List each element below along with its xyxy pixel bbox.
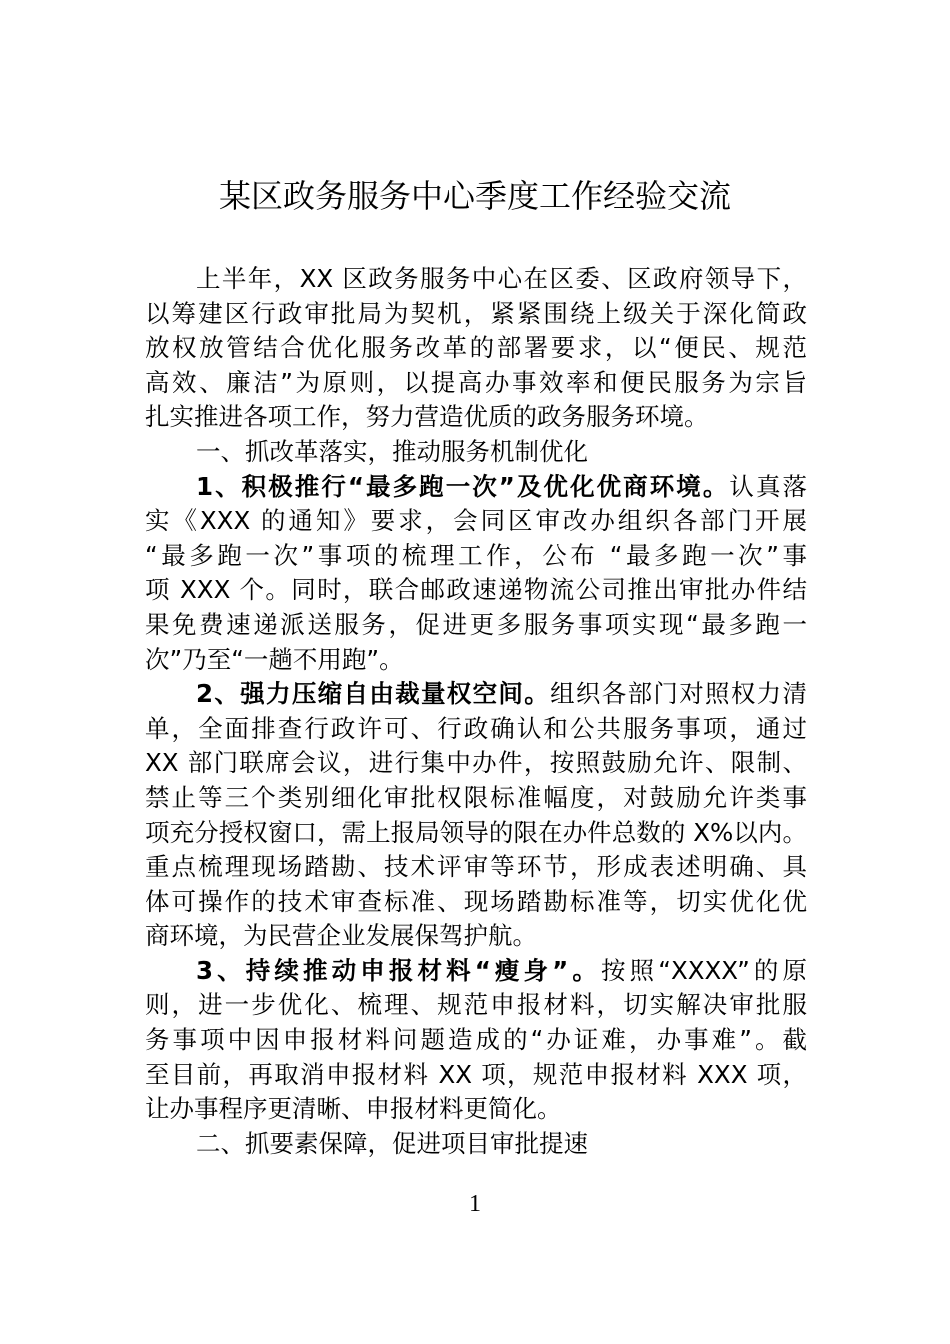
line-text: 禁止等三个类别细化审批权限标准幅度，对鼓励允许类事 xyxy=(145,783,807,812)
line-text: 次”乃至“一趟不用跑”。 xyxy=(145,645,404,674)
paragraph-line: 扎实推进各项工作，努力营造优质的政务服务环境。 xyxy=(145,400,807,435)
subsection-line: 3、持续推动申报材料“瘦身”。按照“XXXX”的原 xyxy=(145,954,807,989)
line-text: XX 部门联席会议，进行集中办件，按照鼓励允许、限制、 xyxy=(145,748,807,777)
paragraph-line: 项充分授权窗口，需上报局领导的限在办件总数的 X%以内。 xyxy=(145,816,807,851)
line-text: 体可操作的技术审查标准、现场踏勘标准等，切实优化优 xyxy=(145,887,807,916)
line-text: 项 XXX 个。同时，联合邮政速递物流公司推出审批办件结 xyxy=(145,575,807,604)
line-text: 则，进一步优化、梳理、规范申报材料，切实解决审批服 xyxy=(145,990,807,1019)
subsection-line: 1、积极推行“最多跑一次”及优化优商环境。认真落 xyxy=(145,470,807,505)
paragraph-line: 放权放管结合优化服务改革的部署要求，以“便民、规范 xyxy=(145,331,807,366)
line-text: 单，全面排查行政许可、行政确认和公共服务事项，通过 xyxy=(145,714,807,743)
line-text: 放权放管结合优化服务改革的部署要求，以“便民、规范 xyxy=(145,333,807,362)
section-heading-text: 二、抓要素保障，促进项目审批提速 xyxy=(196,1129,588,1158)
line-text: 实《XXX 的通知》要求，会同区审改办组织各部门开展 xyxy=(145,506,807,535)
section-heading-1: 一、抓改革落实，推动服务机制优化 xyxy=(145,435,807,470)
document-page: 某区政务服务中心季度工作经验交流 上半年，XX 区政务服务中心在区委、区政府领导… xyxy=(0,0,950,1344)
paragraph-line: “最多跑一次”事项的梳理工作，公布 “最多跑一次”事 xyxy=(145,539,807,574)
page-number: 1 xyxy=(0,1189,950,1219)
document-title: 某区政务服务中心季度工作经验交流 xyxy=(0,174,950,218)
line-text: 以筹建区行政审批局为契机，紧紧围绕上级关于深化简政 xyxy=(145,299,807,328)
line-text: 按照“XXXX”的原 xyxy=(601,956,807,985)
paragraph-line: 务事项中因申报材料问题造成的“办证难，办事难”。截 xyxy=(145,1023,807,1058)
line-text: 商环境，为民营企业发展保驾护航。 xyxy=(145,921,537,950)
line-text: 果免费速递派送服务，促进更多服务事项实现“最多跑一 xyxy=(145,610,807,639)
subsection-heading-1: 1、积极推行“最多跑一次”及优化优商环境。 xyxy=(196,472,729,501)
line-text: 项充分授权窗口，需上报局领导的限在办件总数的 X%以内。 xyxy=(145,818,807,847)
line-text: 扎实推进各项工作，努力营造优质的政务服务环境。 xyxy=(145,402,709,431)
subsection-line: 2、强力压缩自由裁量权空间。组织各部门对照权力清 xyxy=(145,677,807,712)
line-text: 让办事程序更清晰、申报材料更简化。 xyxy=(145,1094,562,1123)
paragraph-line: 以筹建区行政审批局为契机，紧紧围绕上级关于深化简政 xyxy=(145,297,807,332)
subsection-heading-3: 3、持续推动申报材料“瘦身”。 xyxy=(196,956,601,985)
section-heading-text: 一、抓改革落实，推动服务机制优化 xyxy=(196,437,588,466)
line-text: 高效、廉洁”为原则，以提高办事效率和便民服务为宗旨 xyxy=(145,368,807,397)
paragraph-line: 果免费速递派送服务，促进更多服务事项实现“最多跑一 xyxy=(145,608,807,643)
paragraph-line: 高效、廉洁”为原则，以提高办事效率和便民服务为宗旨 xyxy=(145,366,807,401)
line-text: 重点梳理现场踏勘、技术评审等环节，形成表述明确、具 xyxy=(145,852,807,881)
paragraph-line: 禁止等三个类别细化审批权限标准幅度，对鼓励允许类事 xyxy=(145,781,807,816)
line-text: 至目前，再取消申报材料 XX 项，规范申报材料 XXX 项， xyxy=(145,1060,807,1089)
paragraph-line: 至目前，再取消申报材料 XX 项，规范申报材料 XXX 项， xyxy=(145,1058,807,1093)
paragraph-line: 上半年，XX 区政务服务中心在区委、区政府领导下， xyxy=(145,262,807,297)
subsection-heading-2: 2、强力压缩自由裁量权空间。 xyxy=(196,679,550,708)
line-text: “最多跑一次”事项的梳理工作，公布 “最多跑一次”事 xyxy=(145,541,807,570)
paragraph-line: 让办事程序更清晰、申报材料更简化。 xyxy=(145,1092,807,1127)
paragraph-line: 则，进一步优化、梳理、规范申报材料，切实解决审批服 xyxy=(145,988,807,1023)
section-heading-2: 二、抓要素保障，促进项目审批提速 xyxy=(145,1127,807,1162)
paragraph-line: 单，全面排查行政许可、行政确认和公共服务事项，通过 xyxy=(145,712,807,747)
paragraph-line: XX 部门联席会议，进行集中办件，按照鼓励允许、限制、 xyxy=(145,746,807,781)
document-body: 上半年，XX 区政务服务中心在区委、区政府领导下， 以筹建区行政审批局为契机，紧… xyxy=(145,262,807,1161)
paragraph-line: 重点梳理现场踏勘、技术评审等环节，形成表述明确、具 xyxy=(145,850,807,885)
paragraph-line: 实《XXX 的通知》要求，会同区审改办组织各部门开展 xyxy=(145,504,807,539)
line-text: 务事项中因申报材料问题造成的“办证难，办事难”。截 xyxy=(145,1025,807,1054)
paragraph-line: 次”乃至“一趟不用跑”。 xyxy=(145,643,807,678)
paragraph-line: 商环境，为民营企业发展保驾护航。 xyxy=(145,919,807,954)
line-text: 组织各部门对照权力清 xyxy=(550,679,807,708)
paragraph-line: 项 XXX 个。同时，联合邮政速递物流公司推出审批办件结 xyxy=(145,573,807,608)
line-text: 上半年，XX 区政务服务中心在区委、区政府领导下， xyxy=(196,264,807,293)
line-text: 认真落 xyxy=(729,472,807,501)
paragraph-line: 体可操作的技术审查标准、现场踏勘标准等，切实优化优 xyxy=(145,885,807,920)
